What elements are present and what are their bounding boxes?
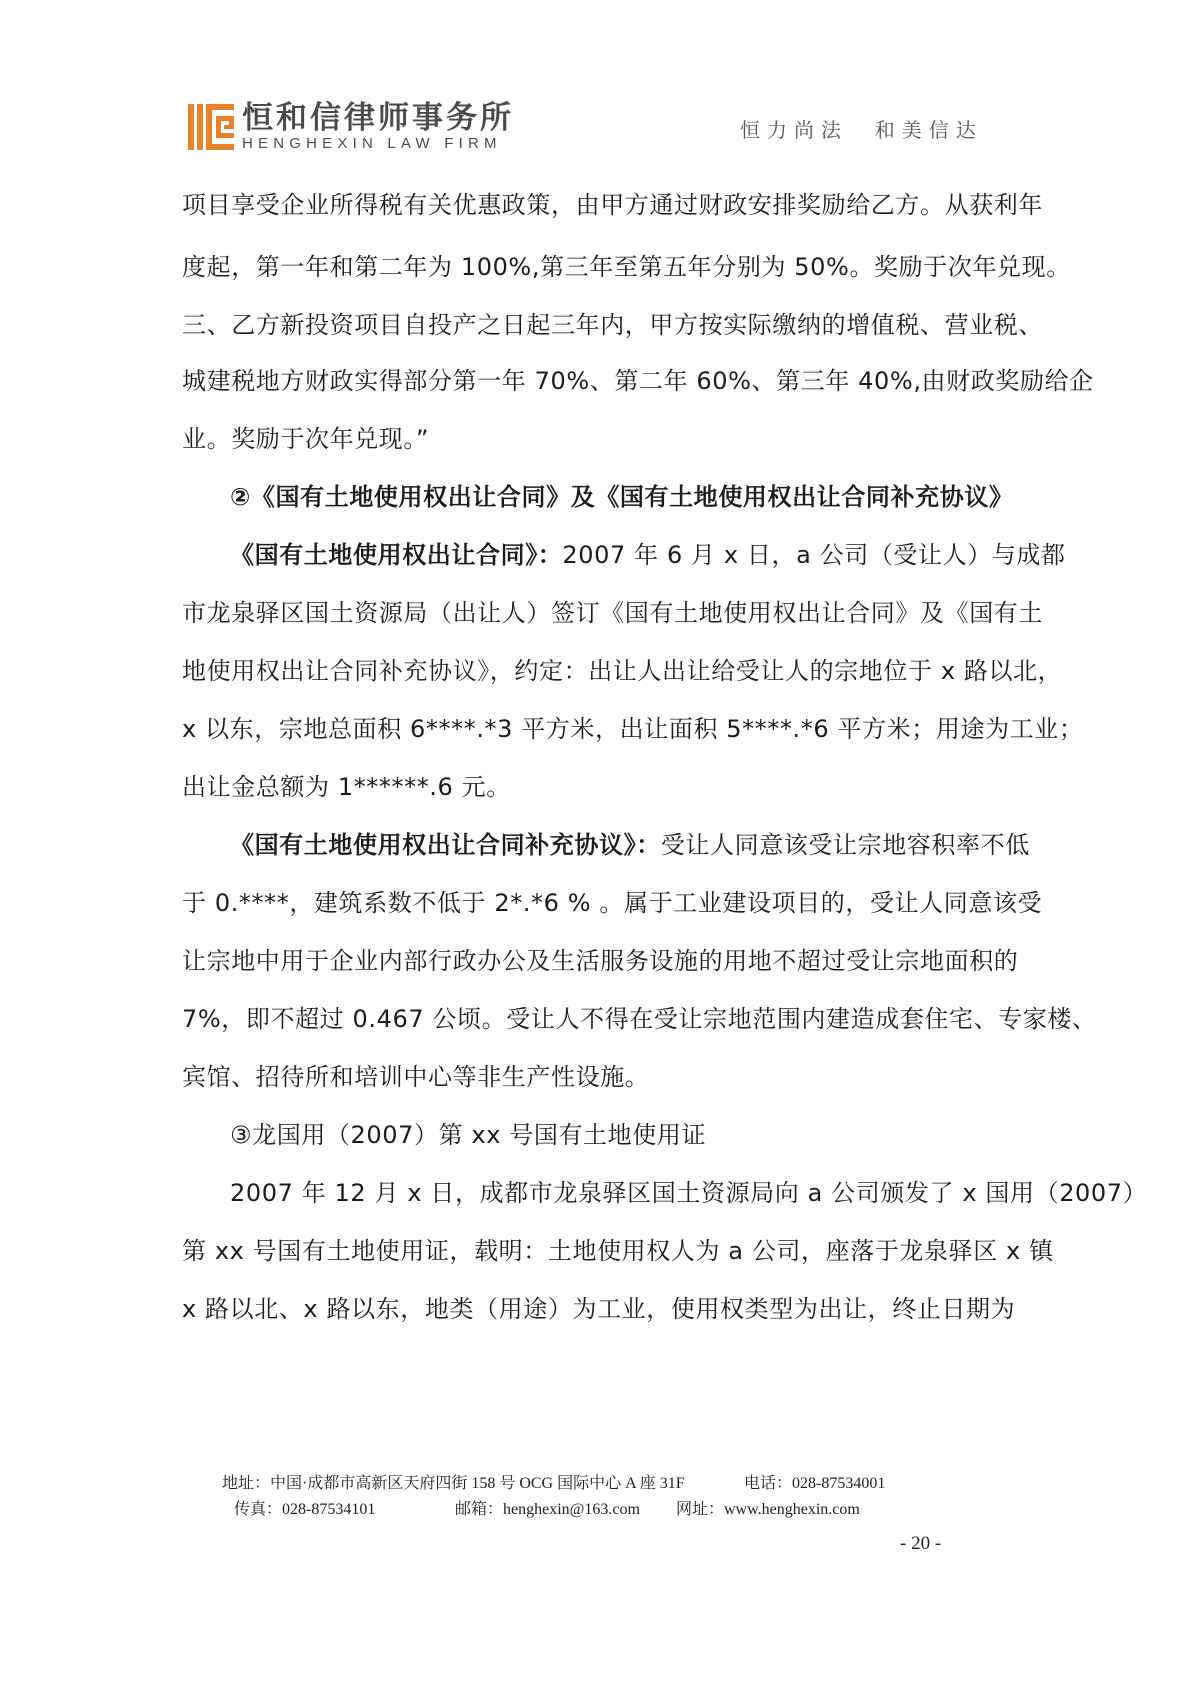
footer-phone: 电话：028-87534001 bbox=[744, 1470, 885, 1493]
paragraph-text: 受让人同意该受让宗地容积率不低 bbox=[661, 831, 1030, 859]
paragraph-line: x 路以北、x 路以东，地类（用途）为工业，使用权类型为出让，终止日期为 bbox=[182, 1294, 1015, 1324]
firm-name-cn: 恒和信律师事务所 bbox=[242, 102, 514, 134]
page-header: 恒和信律师事务所 HENGHEXIN LAW FIRM 恒力尚法 和美信达 bbox=[0, 0, 1190, 170]
firm-slogan: 恒力尚法 和美信达 bbox=[740, 114, 983, 143]
paragraph-line: 业。奖励于次年兑现。” bbox=[182, 424, 429, 454]
section-heading-2: ②《国有土地使用权出让合同》及《国有土地使用权出让合同补充协议》 bbox=[230, 482, 1014, 512]
paragraph-line: 《国有土地使用权出让合同补充协议》：受让人同意该受让宗地容积率不低 bbox=[230, 830, 1030, 860]
contract-title: 《国有土地使用权出让合同》： bbox=[230, 541, 562, 569]
paragraph-text: 2007 年 6 月 x 日，a 公司（受让人）与成都 bbox=[562, 541, 1065, 569]
paragraph-line: 三、乙方新投资项目自投产之日起三年内，甲方按实际缴纳的增值税、营业税、 bbox=[182, 310, 1043, 340]
paragraph-line: 度起，第一年和第二年为 100%,第三年至第五年分别为 50%。奖励于次年兑现。 bbox=[182, 252, 1071, 282]
paragraph-line: x 以东，宗地总面积 6****.*3 平方米，出让面积 5****.*6 平方… bbox=[182, 714, 1083, 744]
footer-address: 地址：中国·成都市高新区天府四街 158 号 OCG 国际中心 A 座 31F bbox=[222, 1470, 685, 1493]
page-number: - 20 - bbox=[900, 1533, 941, 1555]
supplement-title: 《国有土地使用权出让合同补充协议》： bbox=[230, 831, 661, 859]
footer-fax: 传真：028-87534101 bbox=[234, 1496, 375, 1519]
paragraph-line: 《国有土地使用权出让合同》：2007 年 6 月 x 日，a 公司（受让人）与成… bbox=[230, 540, 1066, 570]
paragraph-line: 让宗地中用于企业内部行政办公及生活服务设施的用地不超过受让宗地面积的 bbox=[182, 946, 1018, 976]
paragraph-line: 2007 年 12 月 x 日，成都市龙泉驿区国土资源局向 a 公司颁发了 x … bbox=[230, 1178, 1147, 1208]
footer-website: 网址：www.henghexin.com bbox=[676, 1496, 860, 1519]
firm-logo-icon bbox=[188, 104, 234, 150]
footer-email: 邮箱：henghexin@163.com bbox=[455, 1496, 640, 1519]
paragraph-line: 7%，即不超过 0.467 公顷。受让人不得在受让宗地范围内建造成套住宅、专家楼… bbox=[182, 1004, 1097, 1034]
paragraph-line: 地使用权出让合同补充协议》，约定：出让人出让给受让人的宗地位于 x 路以北， bbox=[182, 656, 1062, 686]
paragraph-line: 项目享受企业所得税有关优惠政策，由甲方通过财政安排奖励给乙方。从获利年 bbox=[182, 190, 1043, 220]
firm-name-en: HENGHEXIN LAW FIRM bbox=[242, 136, 514, 152]
paragraph-line: 第 xx 号国有土地使用证，载明：土地使用权人为 a 公司，座落于龙泉驿区 x … bbox=[182, 1236, 1054, 1266]
paragraph-line: 宾馆、招待所和培训中心等非生产性设施。 bbox=[182, 1062, 649, 1092]
paragraph-line: 出让金总额为 1******.6 元。 bbox=[182, 772, 511, 802]
paragraph-line: 城建税地方财政实得部分第一年 70%、第二年 60%、第三年 40%,由财政奖励… bbox=[182, 366, 1094, 396]
firm-logo: 恒和信律师事务所 HENGHEXIN LAW FIRM bbox=[188, 104, 514, 150]
paragraph-line: 于 0.****，建筑系数不低于 2*.*6 % 。属于工业建设项目的，受让人同… bbox=[182, 888, 1042, 918]
section-heading-3: ③龙国用（2007）第 xx 号国有土地使用证 bbox=[230, 1120, 706, 1150]
paragraph-line: 市龙泉驿区国土资源局（出让人）签订《国有土地使用权出让合同》及《国有土 bbox=[182, 598, 1043, 628]
